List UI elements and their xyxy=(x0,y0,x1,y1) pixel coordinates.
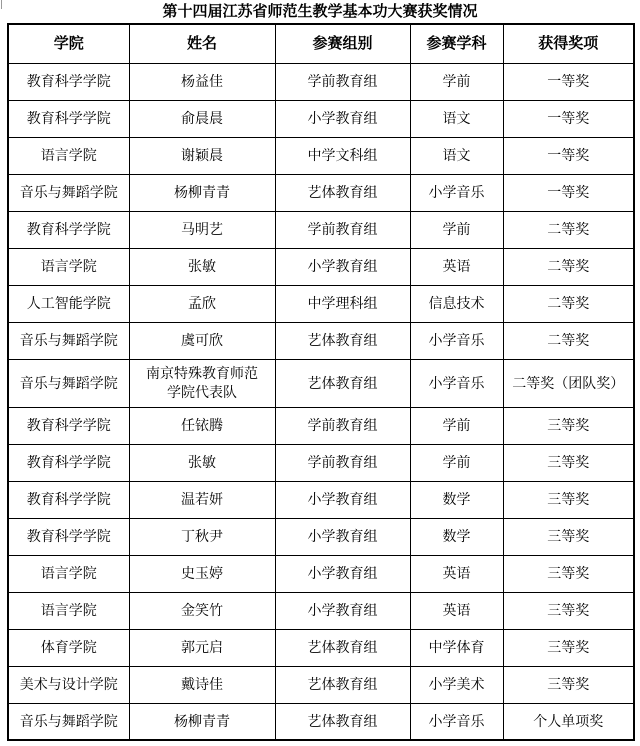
table-row: 美术与设计学院戴诗佳艺体教育组小学美术三等奖 xyxy=(8,666,634,703)
table-row: 人工智能学院孟欣中学理科组信息技术二等奖 xyxy=(8,285,634,322)
cell-group: 艺体教育组 xyxy=(275,629,410,666)
cell-college: 语言学院 xyxy=(8,248,129,285)
table-row: 语言学院张敏小学教育组英语二等奖 xyxy=(8,248,634,285)
cell-subject: 小学音乐 xyxy=(410,174,503,211)
cell-subject: 学前 xyxy=(410,211,503,248)
column-header-college: 学院 xyxy=(8,24,129,63)
cell-subject: 数学 xyxy=(410,518,503,555)
cell-name: 戴诗佳 xyxy=(129,666,275,703)
cell-name: 南京特殊教育师范 学院代表队 xyxy=(129,359,275,407)
cell-name: 杨益佳 xyxy=(129,63,275,100)
cell-subject: 英语 xyxy=(410,555,503,592)
cell-subject: 小学音乐 xyxy=(410,359,503,407)
cell-group: 小学教育组 xyxy=(275,592,410,629)
cell-group: 艺体教育组 xyxy=(275,359,410,407)
cell-subject: 小学美术 xyxy=(410,666,503,703)
cell-award: 一等奖 xyxy=(503,100,634,137)
table-row: 教育科学学院马明艺学前教育组学前二等奖 xyxy=(8,211,634,248)
cell-group: 小学教育组 xyxy=(275,481,410,518)
table-row: 教育科学学院俞晨晨小学教育组语文一等奖 xyxy=(8,100,634,137)
cell-college: 音乐与舞蹈学院 xyxy=(8,359,129,407)
table-row: 语言学院史玉婷小学教育组英语三等奖 xyxy=(8,555,634,592)
cell-name: 杨柳青青 xyxy=(129,703,275,740)
cell-award: 三等奖 xyxy=(503,666,634,703)
cell-college: 体育学院 xyxy=(8,629,129,666)
table-row: 音乐与舞蹈学院南京特殊教育师范 学院代表队艺体教育组小学音乐二等奖（团队奖） xyxy=(8,359,634,407)
cell-college: 教育科学学院 xyxy=(8,100,129,137)
cell-college: 音乐与舞蹈学院 xyxy=(8,174,129,211)
column-header-name: 姓名 xyxy=(129,24,275,63)
cell-name: 温若妍 xyxy=(129,481,275,518)
cell-award: 三等奖 xyxy=(503,592,634,629)
cell-college: 教育科学学院 xyxy=(8,407,129,444)
cell-subject: 语文 xyxy=(410,137,503,174)
cell-award: 三等奖 xyxy=(503,518,634,555)
cell-college: 教育科学学院 xyxy=(8,211,129,248)
table-row: 教育科学学院杨益佳学前教育组学前一等奖 xyxy=(8,63,634,100)
cell-subject: 学前 xyxy=(410,444,503,481)
table-row: 教育科学学院温若妍小学教育组数学三等奖 xyxy=(8,481,634,518)
cell-name: 谢颖晨 xyxy=(129,137,275,174)
cell-subject: 学前 xyxy=(410,63,503,100)
table-row: 语言学院谢颖晨中学文科组语文一等奖 xyxy=(8,137,634,174)
table-row: 教育科学学院张敏学前教育组学前三等奖 xyxy=(8,444,634,481)
cell-name: 金笑竹 xyxy=(129,592,275,629)
cell-award: 三等奖 xyxy=(503,629,634,666)
cell-college: 美术与设计学院 xyxy=(8,666,129,703)
cell-group: 小学教育组 xyxy=(275,555,410,592)
cell-award: 一等奖 xyxy=(503,63,634,100)
cell-group: 艺体教育组 xyxy=(275,703,410,740)
cell-award: 一等奖 xyxy=(503,137,634,174)
cell-college: 语言学院 xyxy=(8,137,129,174)
cell-group: 小学教育组 xyxy=(275,100,410,137)
cell-name: 郭元启 xyxy=(129,629,275,666)
cell-college: 人工智能学院 xyxy=(8,285,129,322)
cell-name: 马明艺 xyxy=(129,211,275,248)
cell-award: 一等奖 xyxy=(503,174,634,211)
cell-award: 三等奖 xyxy=(503,407,634,444)
cell-subject: 学前 xyxy=(410,407,503,444)
cell-award: 三等奖 xyxy=(503,481,634,518)
cell-subject: 英语 xyxy=(410,248,503,285)
cell-college: 语言学院 xyxy=(8,592,129,629)
cell-group: 艺体教育组 xyxy=(275,322,410,359)
cell-name: 史玉婷 xyxy=(129,555,275,592)
table-row: 音乐与舞蹈学院杨柳青青艺体教育组小学音乐一等奖 xyxy=(8,174,634,211)
table-row: 教育科学学院丁秋尹小学教育组数学三等奖 xyxy=(8,518,634,555)
table-body: 教育科学学院杨益佳学前教育组学前一等奖教育科学学院俞晨晨小学教育组语文一等奖语言… xyxy=(8,63,634,740)
cell-subject: 小学音乐 xyxy=(410,703,503,740)
cell-award: 二等奖（团队奖） xyxy=(503,359,634,407)
table-row: 音乐与舞蹈学院虞可欣艺体教育组小学音乐二等奖 xyxy=(8,322,634,359)
cell-award: 二等奖 xyxy=(503,248,634,285)
cell-college: 教育科学学院 xyxy=(8,481,129,518)
cell-name: 杨柳青青 xyxy=(129,174,275,211)
page-title: 第十四届江苏省师范生教学基本功大赛获奖情况 xyxy=(0,2,640,21)
table-row: 教育科学学院任铱腾学前教育组学前三等奖 xyxy=(8,407,634,444)
table-header-row: 学院姓名参赛组别参赛学科获得奖项 xyxy=(8,24,634,63)
cell-college: 音乐与舞蹈学院 xyxy=(8,703,129,740)
cell-name: 俞晨晨 xyxy=(129,100,275,137)
cell-award: 二等奖 xyxy=(503,322,634,359)
cell-group: 小学教育组 xyxy=(275,518,410,555)
cell-subject: 信息技术 xyxy=(410,285,503,322)
cell-subject: 中学体育 xyxy=(410,629,503,666)
cell-group: 学前教育组 xyxy=(275,211,410,248)
cell-college: 教育科学学院 xyxy=(8,444,129,481)
cell-award: 个人单项奖 xyxy=(503,703,634,740)
cell-group: 中学文科组 xyxy=(275,137,410,174)
cell-name: 张敏 xyxy=(129,248,275,285)
cell-group: 艺体教育组 xyxy=(275,666,410,703)
table-row: 体育学院郭元启艺体教育组中学体育三等奖 xyxy=(8,629,634,666)
awards-table: 学院姓名参赛组别参赛学科获得奖项 教育科学学院杨益佳学前教育组学前一等奖教育科学… xyxy=(7,23,635,741)
cell-group: 小学教育组 xyxy=(275,248,410,285)
cell-award: 二等奖 xyxy=(503,211,634,248)
cell-name: 孟欣 xyxy=(129,285,275,322)
cell-college: 语言学院 xyxy=(8,555,129,592)
cell-subject: 英语 xyxy=(410,592,503,629)
cell-group: 艺体教育组 xyxy=(275,174,410,211)
cell-name: 张敏 xyxy=(129,444,275,481)
cell-subject: 数学 xyxy=(410,481,503,518)
cell-award: 二等奖 xyxy=(503,285,634,322)
cell-name: 任铱腾 xyxy=(129,407,275,444)
cell-group: 学前教育组 xyxy=(275,407,410,444)
cell-college: 教育科学学院 xyxy=(8,63,129,100)
cell-subject: 语文 xyxy=(410,100,503,137)
cell-subject: 小学音乐 xyxy=(410,322,503,359)
cell-award: 三等奖 xyxy=(503,555,634,592)
cell-group: 中学理科组 xyxy=(275,285,410,322)
table-row: 音乐与舞蹈学院杨柳青青艺体教育组小学音乐个人单项奖 xyxy=(8,703,634,740)
cell-name: 虞可欣 xyxy=(129,322,275,359)
table-row: 语言学院金笑竹小学教育组英语三等奖 xyxy=(8,592,634,629)
column-header-group: 参赛组别 xyxy=(275,24,410,63)
cell-group: 学前教育组 xyxy=(275,63,410,100)
cell-group: 学前教育组 xyxy=(275,444,410,481)
column-header-subject: 参赛学科 xyxy=(410,24,503,63)
cell-name: 丁秋尹 xyxy=(129,518,275,555)
cell-award: 三等奖 xyxy=(503,444,634,481)
column-header-award: 获得奖项 xyxy=(503,24,634,63)
cell-college: 音乐与舞蹈学院 xyxy=(8,322,129,359)
cell-college: 教育科学学院 xyxy=(8,518,129,555)
